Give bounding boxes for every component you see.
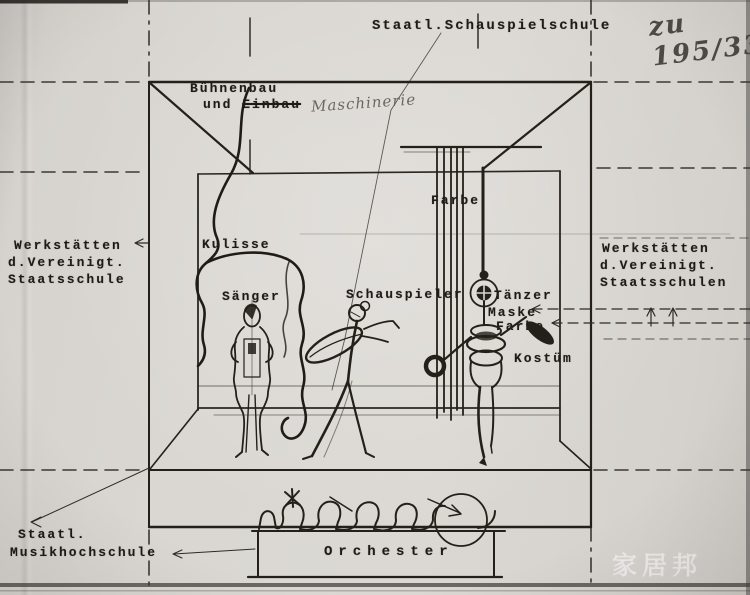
label-einbau-struck: Einbau xyxy=(242,97,301,112)
label-musikschule-line2: Musikhochschule xyxy=(10,544,157,561)
stage-schema-photo: Staatl.Schauspielschule zu 195/33 Bühnen… xyxy=(0,0,750,595)
handwritten-ref-number: zu 195/33 xyxy=(647,0,750,73)
label-workshop-right-line1: Werkstätten xyxy=(602,240,710,257)
label-workshop-left-line2: d.Vereinigt. xyxy=(8,254,126,271)
label-und: und xyxy=(203,97,232,112)
drum-circle xyxy=(435,494,487,546)
pointer-line-schauspielschule xyxy=(332,33,441,390)
label-saenger: Sänger xyxy=(222,288,281,305)
arrow-music-school-1-icon xyxy=(31,468,149,527)
label-orchester: Orchester xyxy=(324,544,454,561)
arrow-left-workshop-icon xyxy=(135,239,148,247)
label-schauspieler: Schauspieler xyxy=(346,286,464,303)
arrow-maske-line-icon xyxy=(532,305,750,313)
saenger-figure xyxy=(231,300,272,457)
baton-line xyxy=(330,497,352,511)
label-taenzer: Tänzer xyxy=(494,287,553,304)
label-schauspielschule: Staatl.Schauspielschule xyxy=(372,18,611,35)
label-workshop-right-line3: Staatsschulen xyxy=(600,274,727,291)
label-kulisse: Kulisse xyxy=(202,236,271,253)
orchestra-sketch xyxy=(248,489,505,577)
label-kostuem: Kostüm xyxy=(514,350,573,367)
label-farbe-upper: Farbe xyxy=(431,192,480,209)
watermark-text: 家居邦 xyxy=(612,546,702,582)
hanging-colour-strips xyxy=(401,147,541,420)
label-workshop-left-line3: Staatsschule xyxy=(8,271,126,288)
label-workshop-right-line2: d.Vereinigt. xyxy=(600,257,718,274)
schauspieler-figure xyxy=(301,302,399,460)
label-workshop-left-line1: Werkstätten xyxy=(14,237,122,254)
label-musikschule-line1: Staatl. xyxy=(18,526,87,543)
perspective-diagonals xyxy=(150,83,590,469)
conductor-cross-icon xyxy=(285,489,300,507)
label-buehnenbau-line2: und Einbau Maschinerie xyxy=(203,95,416,113)
handwritten-maschinerie: Maschinerie xyxy=(310,91,416,115)
arrow-music-school-2-icon xyxy=(173,549,255,558)
